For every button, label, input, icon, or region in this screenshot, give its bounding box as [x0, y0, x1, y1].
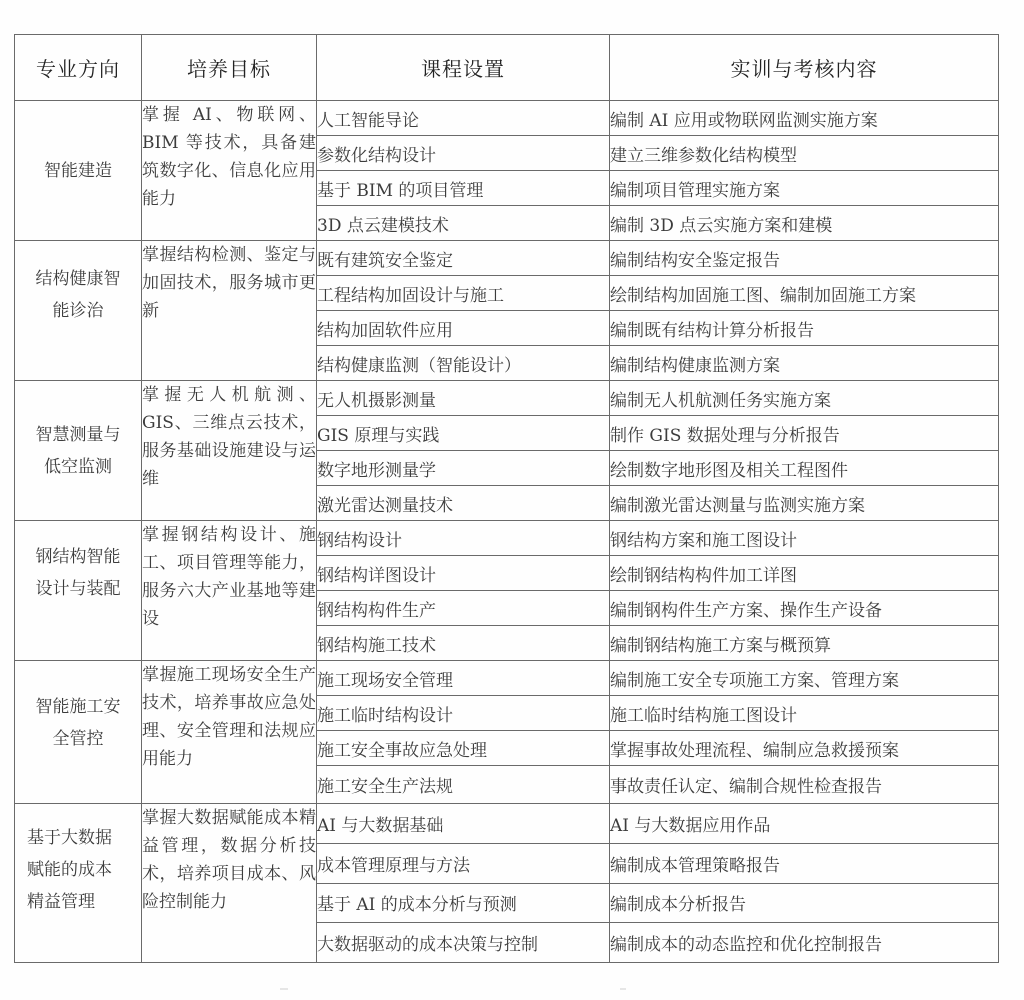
direction-text: 智能施工安全管控 [28, 691, 128, 755]
course-cell: 结构健康监测（智能设计） [317, 346, 610, 381]
course-cell: 成本管理原理与方法 [317, 843, 610, 883]
course-cell: 既有建筑安全鉴定 [317, 241, 610, 276]
scan-artifact [620, 988, 626, 990]
task-cell: 绘制结构加固施工图、编制加固施工方案 [610, 276, 999, 311]
course-cell: 工程结构加固设计与施工 [317, 276, 610, 311]
course-cell: 钢结构构件生产 [317, 591, 610, 626]
direction-cell: 钢结构智能设计与装配 [15, 521, 142, 661]
task-cell: 掌握事故处理流程、编制应急救援预案 [610, 731, 999, 766]
task-cell: 事故责任认定、编制合规性检查报告 [610, 766, 999, 804]
curriculum-table: 专业方向 培养目标 课程设置 实训与考核内容 智能建造 掌握 AI、物联网、BI… [14, 34, 999, 963]
goal-cell: 掌握 AI、物联网、BIM 等技术，具备建筑数字化、信息化应用能力 [142, 101, 317, 241]
header-goal: 培养目标 [142, 35, 317, 101]
course-cell: GIS 原理与实践 [317, 416, 610, 451]
goal-text: 掌握大数据赋能成本精益管理，数据分析技术，培养项目成本、风险控制能力 [142, 804, 316, 962]
course-cell: 施工现场安全管理 [317, 661, 610, 696]
task-cell: 编制结构安全鉴定报告 [610, 241, 999, 276]
course-cell: 基于 BIM 的项目管理 [317, 171, 610, 206]
group-smart-surveying: 智慧测量与低空监测 掌握无人机航测、GIS、三维点云技术，服务基础设施建设与运维… [15, 381, 999, 521]
group-smart-construction: 智能建造 掌握 AI、物联网、BIM 等技术，具备建筑数字化、信息化应用能力 人… [15, 101, 999, 241]
direction-text: 智能建造 [28, 155, 128, 187]
direction-text: 钢结构智能设计与装配 [28, 541, 128, 605]
goal-cell: 掌握大数据赋能成本精益管理，数据分析技术，培养项目成本、风险控制能力 [142, 804, 317, 963]
table-row: 智能建造 掌握 AI、物联网、BIM 等技术，具备建筑数字化、信息化应用能力 人… [15, 101, 999, 136]
course-cell: 结构加固软件应用 [317, 311, 610, 346]
course-cell: 施工临时结构设计 [317, 696, 610, 731]
task-cell: 编制钢结构施工方案与概预算 [610, 626, 999, 661]
course-cell: 数字地形测量学 [317, 451, 610, 486]
task-cell: 编制既有结构计算分析报告 [610, 311, 999, 346]
goal-cell: 掌握钢结构设计、施工、项目管理等能力，服务六大产业基地等建设 [142, 521, 317, 661]
header-training: 实训与考核内容 [610, 35, 999, 101]
table-row: 智慧测量与低空监测 掌握无人机航测、GIS、三维点云技术，服务基础设施建设与运维… [15, 381, 999, 416]
table-row: 钢结构智能设计与装配 掌握钢结构设计、施工、项目管理等能力，服务六大产业基地等建… [15, 521, 999, 556]
course-cell: 钢结构施工技术 [317, 626, 610, 661]
task-cell: AI 与大数据应用作品 [610, 804, 999, 844]
task-cell: 施工临时结构施工图设计 [610, 696, 999, 731]
direction-cell: 结构健康智能诊治 [15, 241, 142, 381]
task-cell: 编制施工安全专项施工方案、管理方案 [610, 661, 999, 696]
goal-text: 掌握无人机航测、GIS、三维点云技术，服务基础设施建设与运维 [142, 381, 316, 519]
course-cell: 基于 AI 的成本分析与预测 [317, 883, 610, 923]
course-cell: AI 与大数据基础 [317, 804, 610, 844]
task-cell: 编制成本分析报告 [610, 883, 999, 923]
group-cost-management: 基于大数据赋能的成本精益管理 掌握大数据赋能成本精益管理，数据分析技术，培养项目… [15, 804, 999, 963]
goal-text: 掌握 AI、物联网、BIM 等技术，具备建筑数字化、信息化应用能力 [142, 101, 316, 237]
task-cell: 绘制数字地形图及相关工程图件 [610, 451, 999, 486]
task-cell: 绘制钢结构构件加工详图 [610, 556, 999, 591]
task-cell: 编制结构健康监测方案 [610, 346, 999, 381]
task-cell: 编制无人机航测任务实施方案 [610, 381, 999, 416]
direction-cell: 智能施工安全管控 [15, 661, 142, 804]
direction-text: 基于大数据赋能的成本精益管理 [27, 822, 127, 918]
task-cell: 编制成本的动态监控和优化控制报告 [610, 923, 999, 963]
scan-artifact [280, 988, 288, 990]
task-cell: 编制成本管理策略报告 [610, 843, 999, 883]
task-cell: 编制 3D 点云实施方案和建模 [610, 206, 999, 241]
table-row: 智能施工安全管控 掌握施工现场安全生产技术，培养事故应急处理、安全管理和法规应用… [15, 661, 999, 696]
table-header-row: 专业方向 培养目标 课程设置 实训与考核内容 [15, 35, 999, 101]
table-row: 基于大数据赋能的成本精益管理 掌握大数据赋能成本精益管理，数据分析技术，培养项目… [15, 804, 999, 844]
course-cell: 无人机摄影测量 [317, 381, 610, 416]
course-cell: 激光雷达测量技术 [317, 486, 610, 521]
course-cell: 大数据驱动的成本决策与控制 [317, 923, 610, 963]
task-cell: 钢结构方案和施工图设计 [610, 521, 999, 556]
course-cell: 人工智能导论 [317, 101, 610, 136]
course-cell: 3D 点云建模技术 [317, 206, 610, 241]
task-cell: 编制 AI 应用或物联网监测实施方案 [610, 101, 999, 136]
task-cell: 编制激光雷达测量与监测实施方案 [610, 486, 999, 521]
document-page: 专业方向 培养目标 课程设置 实训与考核内容 智能建造 掌握 AI、物联网、BI… [0, 0, 1024, 1000]
goal-text: 掌握施工现场安全生产技术，培养事故应急处理、安全管理和法规应用能力 [142, 661, 316, 801]
direction-text: 结构健康智能诊治 [28, 263, 128, 327]
goal-cell: 掌握结构检测、鉴定与加固技术，服务城市更新 [142, 241, 317, 381]
course-cell: 施工安全生产法规 [317, 766, 610, 804]
header-courses: 课程设置 [317, 35, 610, 101]
task-cell: 编制钢构件生产方案、操作生产设备 [610, 591, 999, 626]
goal-text: 掌握结构检测、鉴定与加固技术，服务城市更新 [142, 241, 316, 377]
task-cell: 制作 GIS 数据处理与分析报告 [610, 416, 999, 451]
header-direction: 专业方向 [15, 35, 142, 101]
direction-cell: 智慧测量与低空监测 [15, 381, 142, 521]
direction-cell: 智能建造 [15, 101, 142, 241]
group-construction-safety: 智能施工安全管控 掌握施工现场安全生产技术，培养事故应急处理、安全管理和法规应用… [15, 661, 999, 804]
group-steel-structure: 钢结构智能设计与装配 掌握钢结构设计、施工、项目管理等能力，服务六大产业基地等建… [15, 521, 999, 661]
course-cell: 参数化结构设计 [317, 136, 610, 171]
goal-text: 掌握钢结构设计、施工、项目管理等能力，服务六大产业基地等建设 [142, 521, 316, 658]
course-cell: 钢结构设计 [317, 521, 610, 556]
course-cell: 钢结构详图设计 [317, 556, 610, 591]
direction-text: 智慧测量与低空监测 [28, 419, 128, 483]
goal-cell: 掌握施工现场安全生产技术，培养事故应急处理、安全管理和法规应用能力 [142, 661, 317, 804]
group-structural-health: 结构健康智能诊治 掌握结构检测、鉴定与加固技术，服务城市更新 既有建筑安全鉴定 … [15, 241, 999, 381]
direction-cell: 基于大数据赋能的成本精益管理 [15, 804, 142, 963]
task-cell: 编制项目管理实施方案 [610, 171, 999, 206]
task-cell: 建立三维参数化结构模型 [610, 136, 999, 171]
course-cell: 施工安全事故应急处理 [317, 731, 610, 766]
goal-cell: 掌握无人机航测、GIS、三维点云技术，服务基础设施建设与运维 [142, 381, 317, 521]
table-row: 结构健康智能诊治 掌握结构检测、鉴定与加固技术，服务城市更新 既有建筑安全鉴定 … [15, 241, 999, 276]
